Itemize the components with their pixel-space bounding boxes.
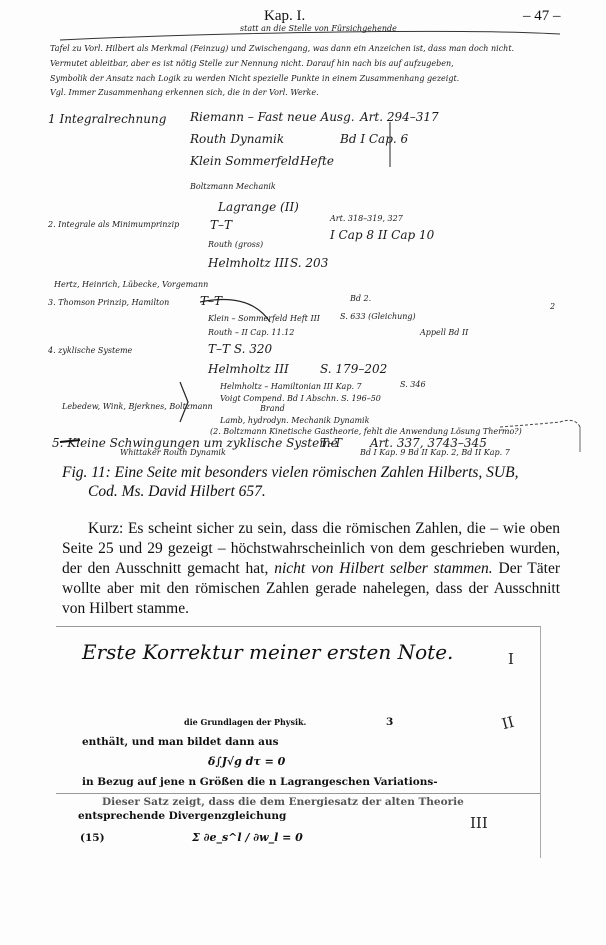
manuscript-entry-middle: Lagrange (II) xyxy=(218,200,299,214)
printed-proof-figure: Erste Korrektur meiner ersten Note. I II… xyxy=(56,626,604,866)
manuscript-entry-left: Hertz, Heinrich, Lübecke, Vorgemann xyxy=(54,280,208,289)
manuscript-entry-left: 4. zyklische Systeme xyxy=(48,346,132,355)
manuscript-line: Vermutet ableitbar, aber es ist nötig St… xyxy=(50,59,454,68)
proof-page-number: 3 xyxy=(386,716,393,728)
manuscript-entry-middle: T–T xyxy=(210,218,232,232)
manuscript-entry-middle: Voigt Compend. Bd I Abschn. S. 196–50 xyxy=(220,394,381,403)
manuscript-facsimile: statt an die Stelle von Fürsichgehende T… xyxy=(40,22,600,457)
manuscript-entry-middle: T–T S. 320 xyxy=(208,342,272,356)
manuscript-entry-left: 2. Integrale als Minimumprinzip xyxy=(48,220,179,229)
roman-numeral-mark: III xyxy=(470,814,488,832)
manuscript-entry-right: Hefte xyxy=(300,154,334,168)
manuscript-entry-middle: Boltzmann Mechanik xyxy=(190,182,276,191)
manuscript-entry-right: Bd I Kap. 9 Bd II Kap. 2, Bd II Kap. 7 xyxy=(360,448,510,457)
manuscript-entry-middle: (2. Boltzmann Kinetische Gastheorie, feh… xyxy=(210,427,522,436)
manuscript-entry-right: Art. 318–319, 327 xyxy=(330,214,403,223)
manuscript-entry-middle: Routh Dynamik xyxy=(190,132,284,146)
roman-numeral-mark: I xyxy=(508,650,514,668)
manuscript-entry-middle: Klein – Sommerfeld Heft III xyxy=(208,314,320,323)
manuscript-entry-right: Bd 2. xyxy=(350,294,371,303)
manuscript-entry-left: 1 Integralrechnung xyxy=(48,112,166,126)
manuscript-entry-middle: Brand xyxy=(260,404,285,413)
manuscript-entry-right: S. 633 (Gleichung) xyxy=(340,312,416,321)
manuscript-entry-right: S. 203 xyxy=(290,256,328,270)
proof-text-line: in Bezug auf jene n Größen die n Lagrang… xyxy=(82,776,438,788)
proof-right-border xyxy=(540,626,541,858)
manuscript-line: Vgl. Immer Zusammenhang erkennen sich, d… xyxy=(50,88,319,97)
manuscript-entry-middle: Klein Sommerfeld xyxy=(190,154,299,168)
manuscript-entry-right: S. 179–202 xyxy=(320,362,387,376)
caption-line-1: Fig. 11: Eine Seite mit besonders vielen… xyxy=(62,464,518,481)
manuscript-entry-middle: Whittaker Routh Dynamik xyxy=(120,448,226,457)
manuscript-entry-middle: Helmholtz III xyxy=(208,256,289,270)
manuscript-entry-right: Art. 294–317 xyxy=(360,110,439,124)
proof-text-line: entsprechende Divergenzgleichung xyxy=(78,810,286,822)
handwritten-title: Erste Korrektur meiner ersten Note. xyxy=(82,640,453,664)
proof-text-line: Dieser Satz zeigt, dass die dem Energies… xyxy=(102,796,464,808)
proof-text-line: enthält, und man bildet dann aus xyxy=(82,736,279,748)
manuscript-line: Tafel zu Vorl. Hilbert als Merkmal (Fein… xyxy=(50,44,514,53)
proof-running-head: die Grundlagen der Physik. xyxy=(184,717,306,727)
proof-equation: δ∫J√g dτ = 0 xyxy=(208,755,285,768)
manuscript-entry-right: Bd I Cap. 6 xyxy=(340,132,408,146)
manuscript-entry-left: Lebedew, Wink, Bjerknes, Boltzmann xyxy=(62,402,213,411)
manuscript-line: Symbolik der Ansatz nach Logik zu werden… xyxy=(50,74,459,83)
proof-equation: Σ ∂e_s^l / ∂w_l = 0 xyxy=(192,831,303,844)
manuscript-entry-middle: Riemann – Fast neue Ausg. xyxy=(190,110,355,124)
caption-line-2: Cod. Ms. David Hilbert 657. xyxy=(62,482,562,501)
manuscript-top-note: statt an die Stelle von Fürsichgehende xyxy=(240,24,397,33)
manuscript-entry-right: I Cap 8 II Cap 10 xyxy=(330,228,434,242)
figure-caption: Fig. 11: Eine Seite mit besonders vielen… xyxy=(62,463,562,501)
manuscript-entry-middle: Helmholtz III xyxy=(208,362,289,376)
manuscript-entry-middle: T–T xyxy=(320,436,342,450)
manuscript-side-mark: 2 xyxy=(550,302,555,311)
manuscript-entry-right: S. 346 xyxy=(400,380,426,389)
manuscript-entry-middle: Routh – II Cap. 11.12 xyxy=(208,328,294,337)
manuscript-entry-middle: T–T xyxy=(200,294,222,308)
manuscript-entry-left: 3. Thomson Prinzip, Hamilton xyxy=(48,298,169,307)
manuscript-entry-right: Appell Bd II xyxy=(420,328,468,337)
body-paragraph: Kurz: Es scheint sicher zu sein, dass di… xyxy=(62,519,560,619)
manuscript-entry-middle: Routh (gross) xyxy=(208,240,263,249)
manuscript-entry-middle: Helmholtz – Hamiltonian III Kap. 7 xyxy=(220,382,362,391)
manuscript-entry-middle: Lamb, hydrodyn. Mechanik Dynamik xyxy=(220,416,369,425)
paragraph-emphasis: nicht von Hilbert selber stammen. xyxy=(274,560,492,577)
proof-equation-number: (15) xyxy=(80,832,105,844)
